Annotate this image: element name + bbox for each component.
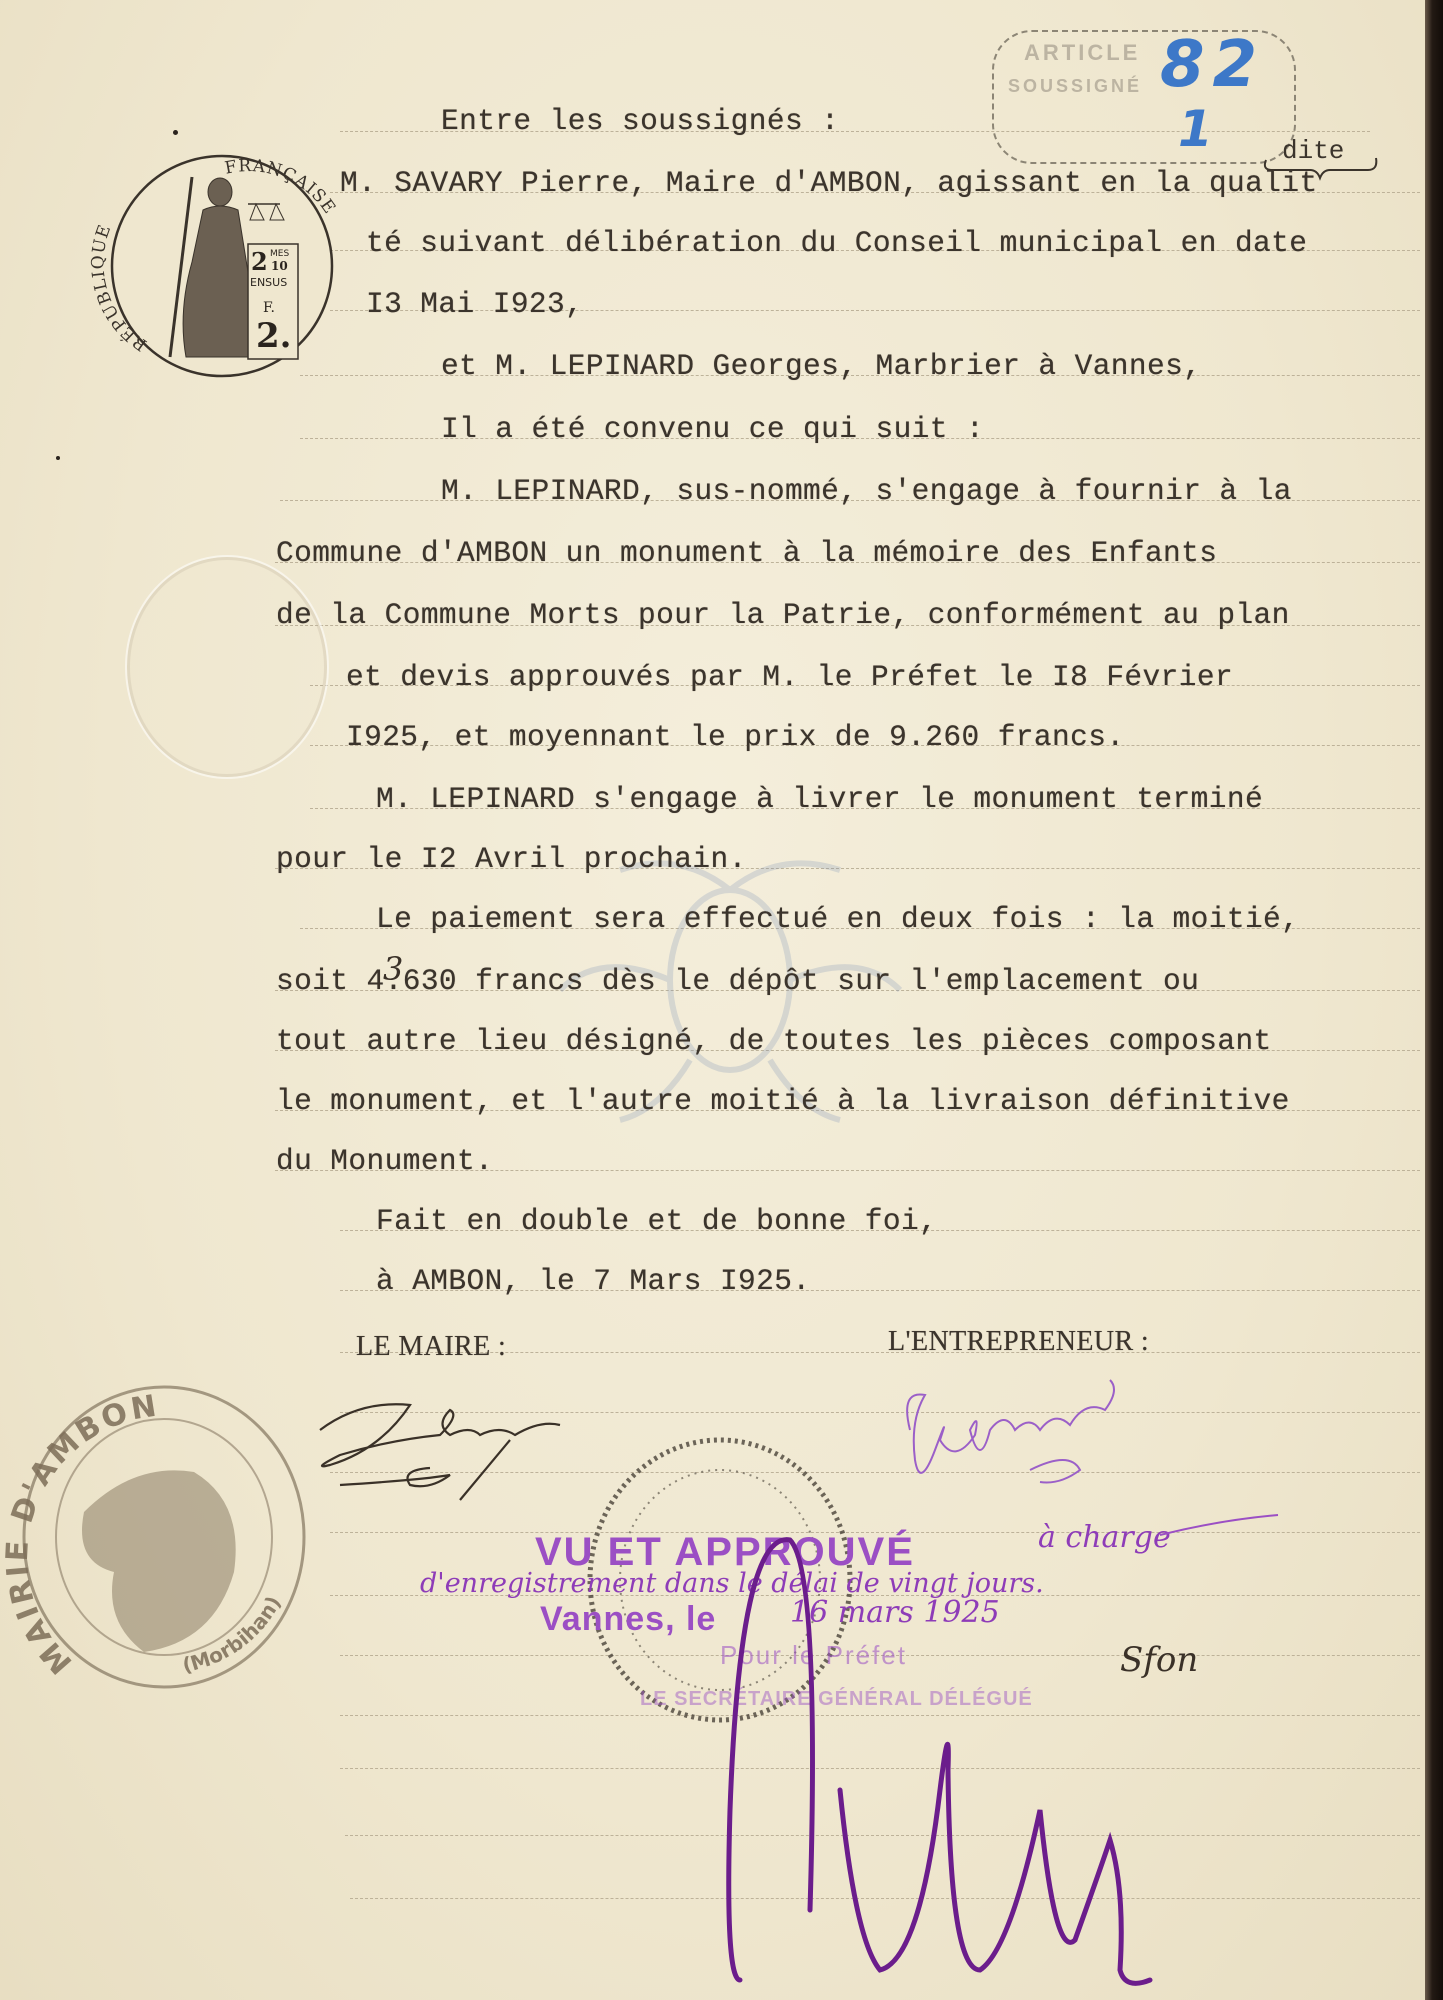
prefect-signature bbox=[680, 1510, 1140, 2000]
archive-number-bottom: 1 bbox=[1178, 100, 1213, 158]
contractor-signature bbox=[880, 1370, 1180, 1500]
svg-text:2: 2 bbox=[251, 247, 268, 276]
svg-text:ENSUS: ENSUS bbox=[250, 276, 287, 289]
contract-line-2: té suivant délibération du Conseil munic… bbox=[366, 226, 1307, 260]
contract-line-17: du Monument. bbox=[276, 1144, 493, 1178]
scan-edge bbox=[1425, 0, 1443, 2000]
archive-number-top: 82 bbox=[1160, 28, 1265, 102]
contract-line-5: Il a été convenu ce qui suit : bbox=[441, 412, 984, 446]
svg-text:10: 10 bbox=[271, 259, 288, 273]
contract-line-3: I3 Mai I923, bbox=[366, 287, 583, 321]
contract-line-10: I925, et moyennant le prix de 9.260 fran… bbox=[346, 720, 1124, 754]
contract-line-6: M. LEPINARD, sus-nommé, s'engage à fourn… bbox=[441, 474, 1292, 508]
contract-line-4: et M. LEPINARD Georges, Marbrier à Vanne… bbox=[441, 349, 1201, 383]
svg-text:MES: MES bbox=[270, 249, 289, 259]
fiscal-stamp: RÉPUBLIQUE FRANÇAISE 2 MES 10 ENSUS F. 2… bbox=[108, 152, 336, 380]
contract-line-1: M. SAVARY Pierre, Maire d'AMBON, agissan… bbox=[340, 166, 1318, 200]
svg-text:2.: 2. bbox=[256, 316, 292, 356]
svg-text:F.: F. bbox=[263, 300, 275, 316]
contract-line-13: Le paiement sera effectué en deux fois :… bbox=[376, 902, 1299, 936]
contractor-label: L'ENTREPRENEUR : bbox=[888, 1325, 1149, 1359]
approval-initials: Sfon bbox=[1120, 1640, 1198, 1680]
mayor-seal: MAIRIE D'AMBON (Morbihan) bbox=[14, 1372, 324, 1692]
approval-underline bbox=[1160, 1510, 1280, 1540]
embossed-seal bbox=[125, 555, 329, 779]
contract-line-9: et devis approuvés par M. le Préfet le I… bbox=[346, 660, 1233, 694]
contract-line-16: le monument, et l'autre moitié à la livr… bbox=[276, 1084, 1290, 1118]
archive-stamp-line2: SOUSSIGNÉ bbox=[1008, 76, 1142, 97]
contract-line-18: Fait en double et de bonne foi, bbox=[376, 1204, 937, 1238]
contract-line-19: à AMBON, le 7 Mars I925. bbox=[376, 1264, 810, 1298]
contract-line-12: pour le I2 Avril prochain. bbox=[276, 842, 747, 876]
contract-line-14: soit 4.630 francs dès le dépôt sur l'emp… bbox=[276, 964, 1199, 998]
contract-heading: Entre les soussignés : bbox=[441, 104, 839, 138]
ink-speck bbox=[56, 456, 60, 460]
price-correction: 3 bbox=[383, 950, 403, 988]
contract-line-15: tout autre lieu désigné, de toutes les p… bbox=[276, 1024, 1272, 1058]
document-page: ARTICLE SOUSSIGNÉ 82 1 RÉPUBLIQUE FRANÇA… bbox=[0, 0, 1425, 2000]
contract-line-11: M. LEPINARD s'engage à livrer le monumen… bbox=[376, 782, 1263, 816]
archive-stamp-line1: ARTICLE bbox=[1024, 40, 1140, 66]
ink-speck bbox=[173, 130, 178, 135]
contract-line-7: Commune d'AMBON un monument à la mémoire… bbox=[276, 536, 1217, 570]
mayor-label: LE MAIRE : bbox=[356, 1330, 506, 1364]
contract-line-8: de la Commune Morts pour la Patrie, conf… bbox=[276, 598, 1290, 632]
mayor-signature bbox=[300, 1380, 620, 1500]
